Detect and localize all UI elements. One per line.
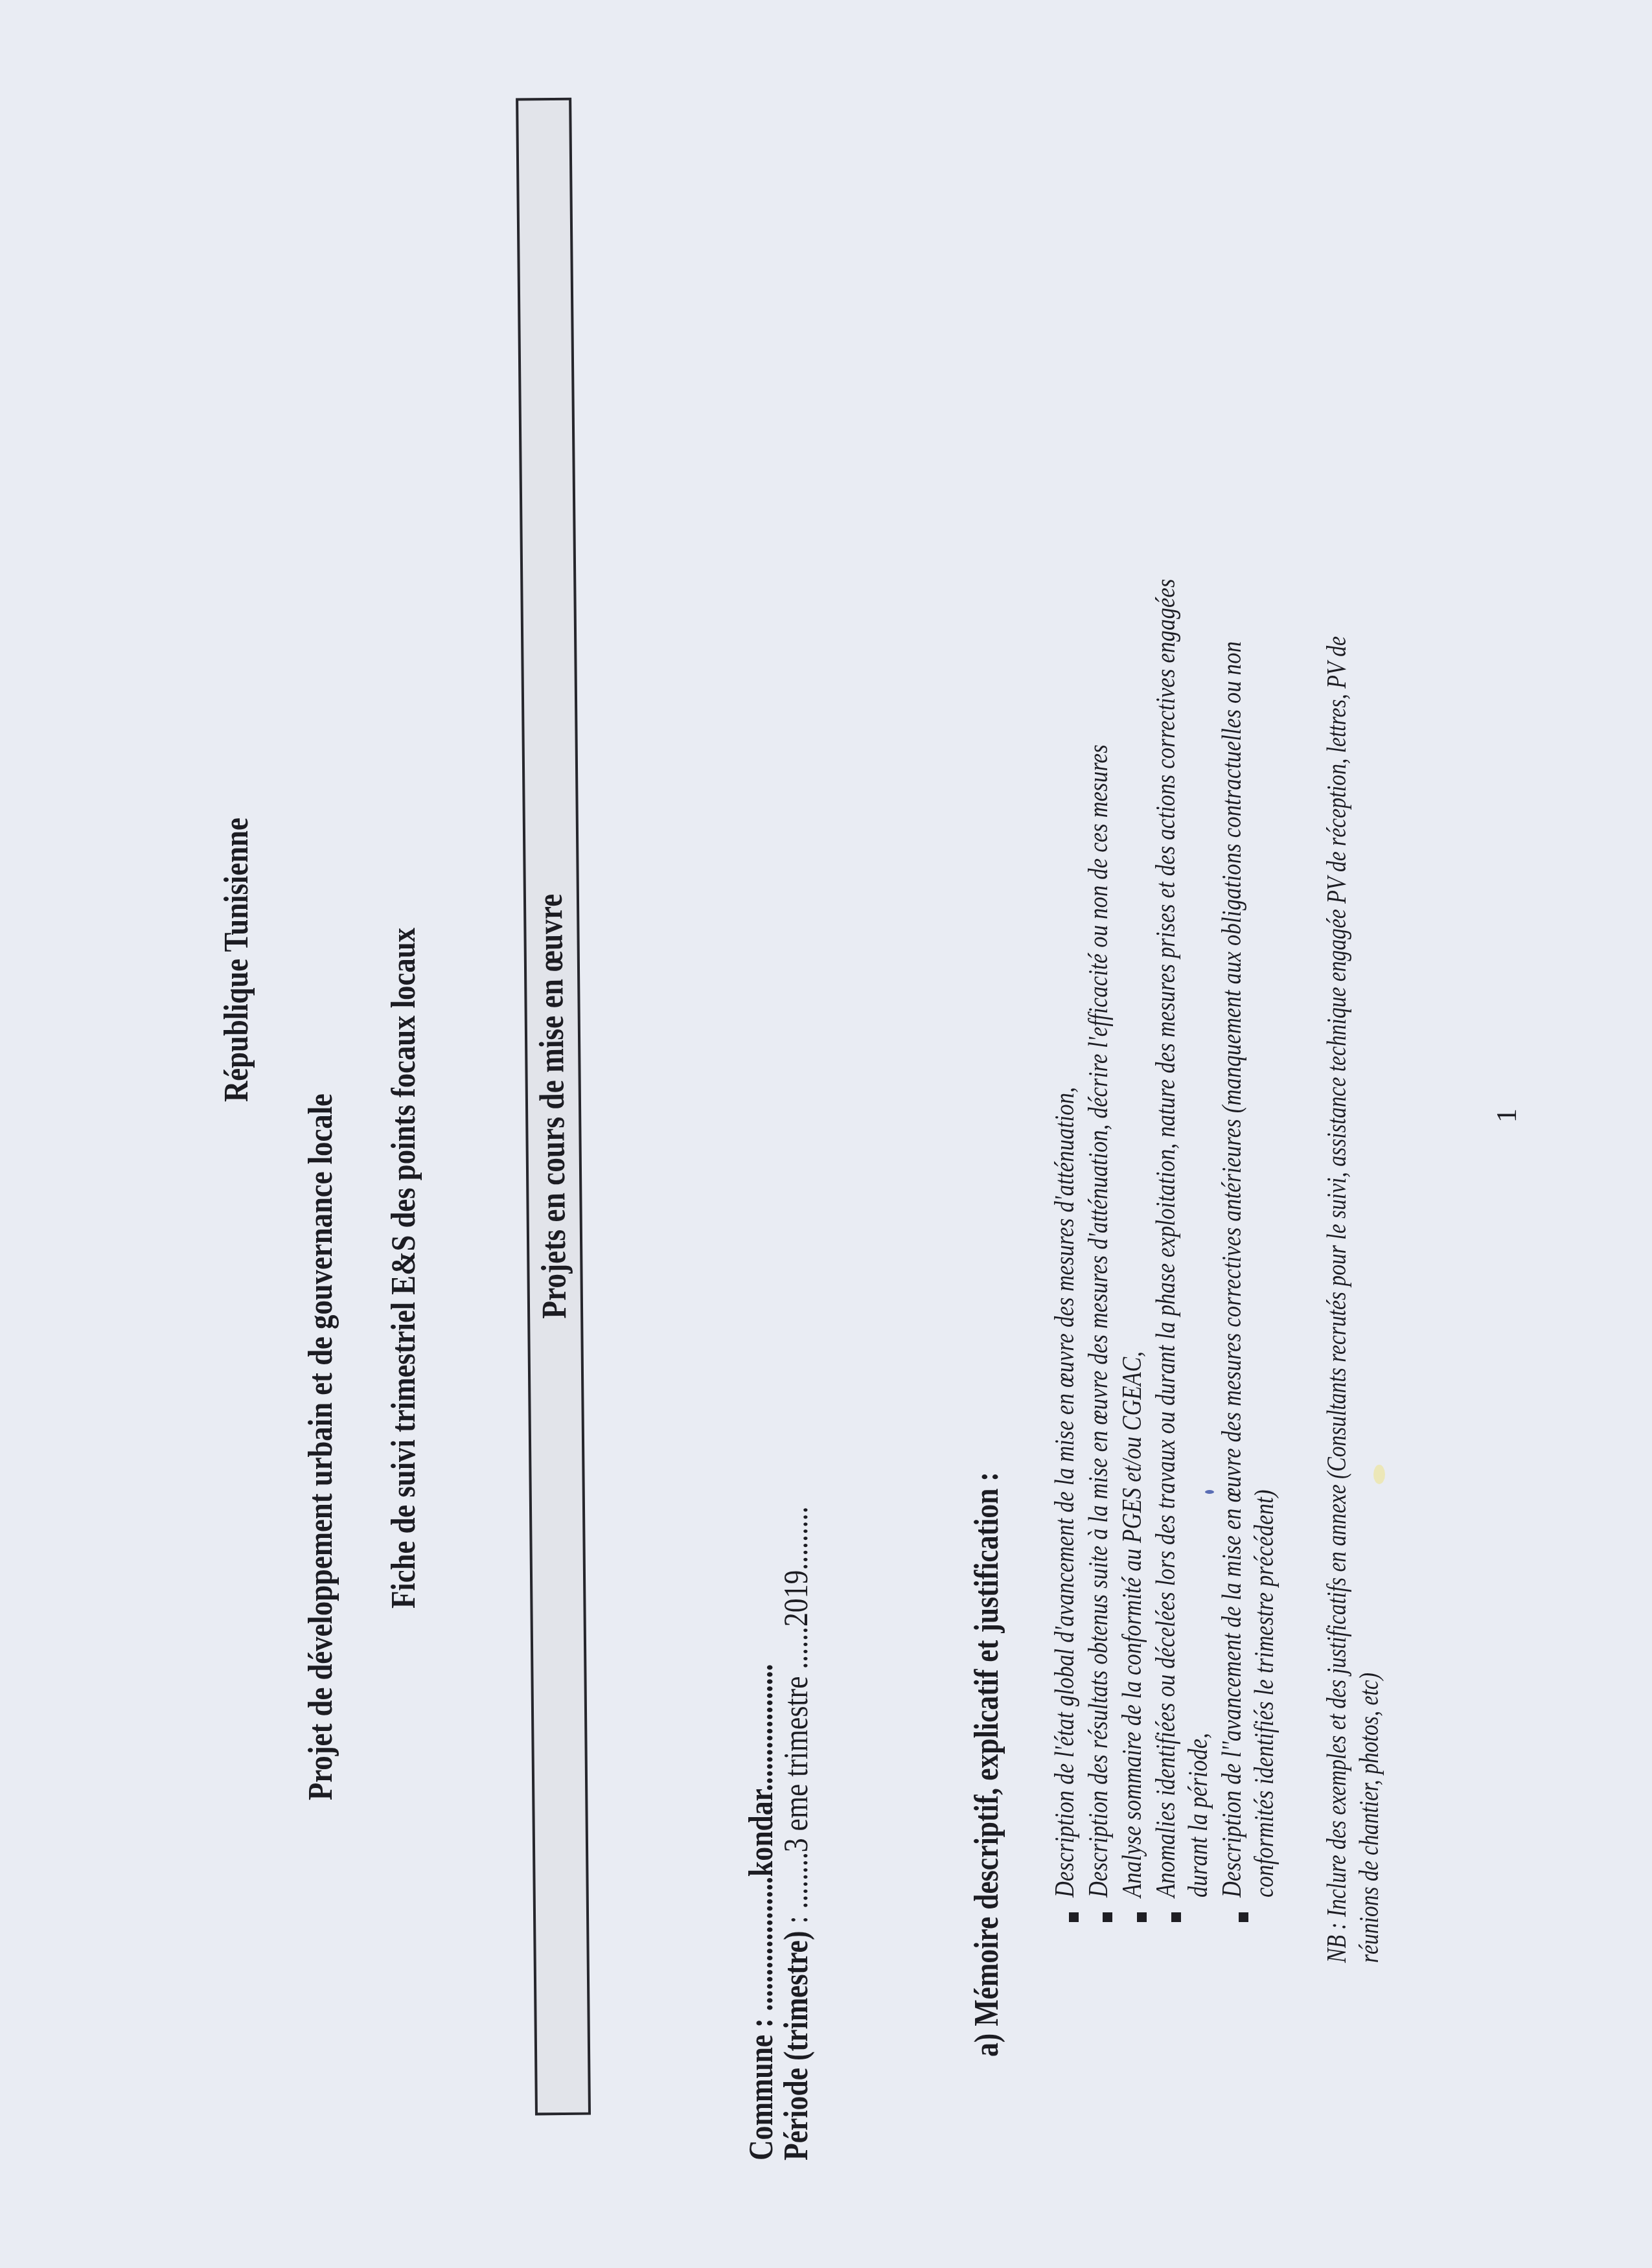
bullet-1-line-1: Description de l'état global d'avancemen… xyxy=(1050,1087,1081,1897)
bullet-5-line-1: Description de l''avancement de la mise … xyxy=(1217,641,1248,1897)
commune-label: Commune : xyxy=(743,2011,780,2160)
bullet-5-line-2: conformités identifiés le trimestre préc… xyxy=(1249,1489,1280,1897)
bullet-2-line-1: Description des résultats obtenus suite … xyxy=(1083,744,1114,1897)
bullet-4-line-1: Anomalies identifiées ou décelées lors d… xyxy=(1151,578,1182,1897)
square-bullet-icon xyxy=(1171,1912,1181,1922)
commune-suffix-dots: .................. xyxy=(743,1664,780,1792)
periode-field: Période (trimestre) : ........3 eme trim… xyxy=(777,1506,816,2160)
square-bullet-icon xyxy=(1069,1912,1079,1922)
ink-mark xyxy=(1205,1490,1214,1494)
square-bullet-icon xyxy=(1239,1912,1248,1922)
section-a-heading: a) Mémoire descriptif, explicatif et jus… xyxy=(968,1472,1006,2057)
note-line-1: NB : Inclure des exemples et des justifi… xyxy=(1322,636,1353,1963)
banner-box: Projets en cours de mise en œuvre xyxy=(516,98,591,2116)
periode-value[interactable]: ........3 eme trimestre ......2019......… xyxy=(778,1506,815,1908)
periode-label: Période (trimestre) xyxy=(778,1930,815,2160)
form-title: Fiche de suivi trimestriel E&S des point… xyxy=(385,928,423,1609)
project-title: Projet de développement urbain et de gou… xyxy=(302,1094,340,1800)
document-page: République Tunisienne Projet de développ… xyxy=(0,0,1652,2268)
square-bullet-icon xyxy=(1103,1912,1112,1922)
commune-field: Commune : ...................kondar.....… xyxy=(742,1664,781,2161)
commune-value[interactable]: kondar xyxy=(743,1791,780,1877)
bullet-3-line-1: Analyse sommaire de la conformité au PGE… xyxy=(1117,1351,1148,1897)
square-bullet-icon xyxy=(1137,1912,1147,1922)
commune-prefix-dots: ................... xyxy=(743,1877,780,2011)
note-line-2: réunions de chantier, photos, etc) xyxy=(1354,1673,1385,1963)
periode-separator: : xyxy=(778,1909,815,1931)
page-number: 1 xyxy=(1490,1108,1523,1123)
bullet-4-line-2: durant la période, xyxy=(1183,1733,1214,1897)
country-title: République Tunisienne xyxy=(218,818,256,1102)
scan-smudge xyxy=(1373,1465,1385,1484)
banner-title: Projets en cours de mise en œuvre xyxy=(530,894,574,1320)
